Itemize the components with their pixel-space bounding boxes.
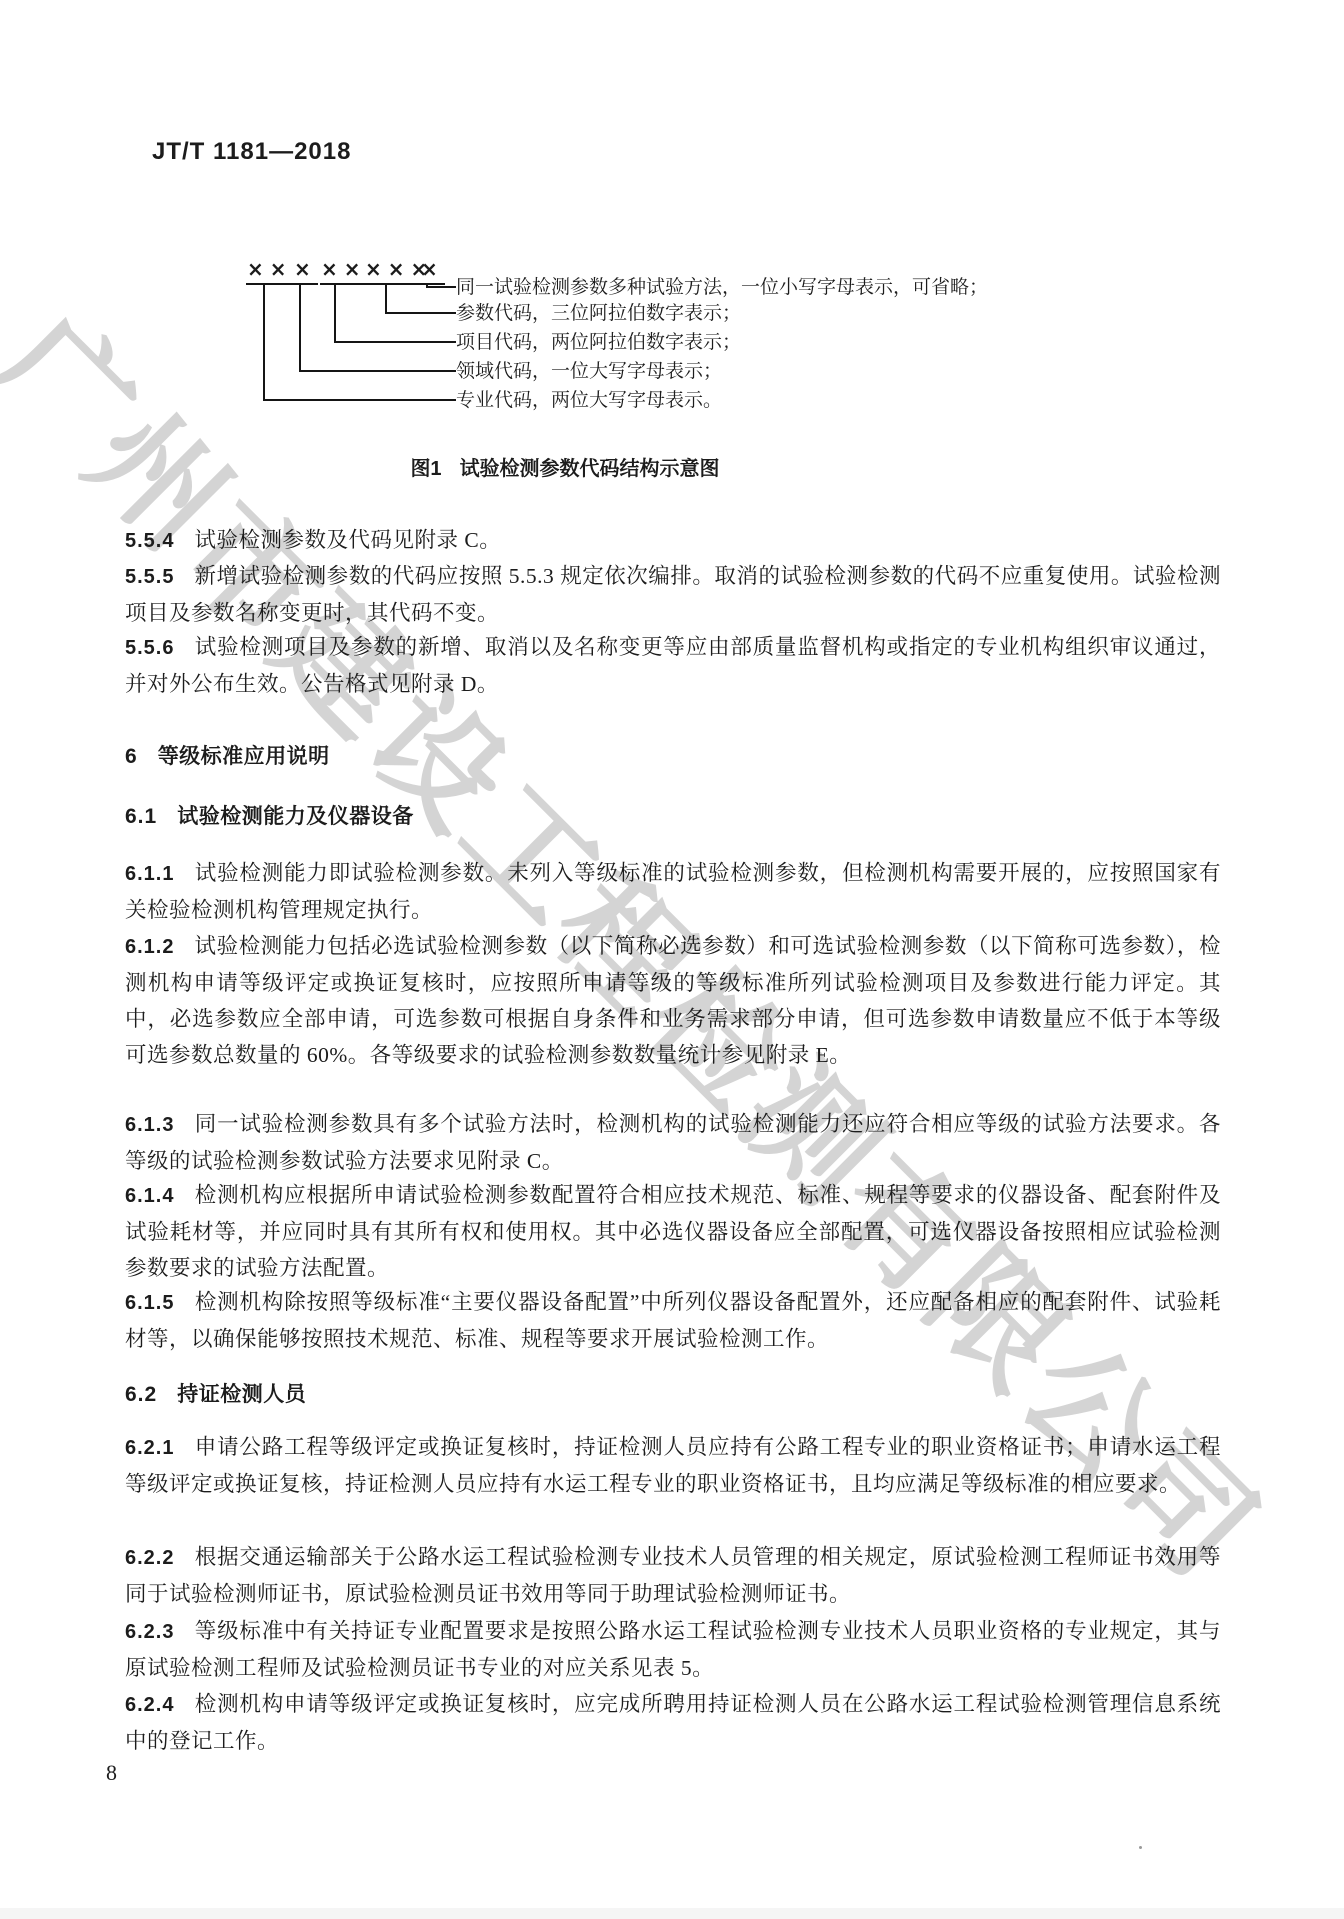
clause-text: 新增试验检测参数的代码应按照 5.5.3 规定依次编排。取消的试验检测参数的代码… [125,564,1221,625]
section-heading-6-2: 6.2持证检测人员 [125,1377,1221,1413]
clause-5-5-4: 5.5.4试验检测参数及代码见附录 C。 [125,522,1221,559]
clause-5-5-5: 5.5.5新增试验检测参数的代码应按照 5.5.3 规定依次编排。取消的试验检测… [125,558,1221,631]
heading-title: 试验检测能力及仪器设备 [177,805,414,828]
clause-text: 试验检测参数及代码见附录 C。 [194,528,501,552]
clause-number: 6.1.1 [125,863,174,885]
clause-text: 试验检测项目及参数的新增、取消以及名称变更等应由部质量监督机构或指定的专业机构组… [125,635,1221,696]
callout-connector-lines [240,280,460,410]
clause-6-2-1: 6.2.1申请公路工程等级评定或换证复核时，持证检测人员应持有公路工程专业的职业… [125,1429,1221,1502]
scan-artifact-dot [1139,1846,1142,1849]
callout-domain-code: 领域代码，一位大写字母表示； [456,361,722,382]
clause-number: 6.2.4 [125,1694,174,1716]
clause-text: 检测机构应根据所申请试验检测参数配置符合相应技术规范、标准、规程等要求的仪器设备… [125,1183,1221,1280]
clause-number: 5.5.6 [125,637,174,659]
clause-text: 检测机构除按照等级标准“主要仪器设备配置”中所列仪器设备配置外，还应配备相应的配… [125,1290,1221,1351]
page-content: JT/T 1181—2018 ×× × ×× ××× × 同一试验检测参数多种试… [0,0,1344,1919]
scanned-standard-page: 广州市建设工程检测有限公司 JT/T 1181—2018 ×× × ×× ×××… [0,0,1344,1919]
clause-6-1-2: 6.1.2试验检测能力包括必选试验检测参数（以下简称必选参数）和可选试验检测参数… [125,928,1221,1073]
clause-text: 检测机构申请等级评定或换证复核时，应完成所聘用持证检测人员在公路水运工程试验检测… [125,1692,1221,1753]
clause-6-1-4: 6.1.4检测机构应根据所申请试验检测参数配置符合相应技术规范、标准、规程等要求… [125,1177,1221,1286]
clause-number: 6.1.2 [125,936,174,958]
clause-number: 5.5.4 [125,530,174,552]
standard-code-header: JT/T 1181—2018 [152,138,351,166]
callout-parameter-code: 参数代码，三位阿拉伯数字表示； [456,303,741,324]
heading-title: 持证检测人员 [177,1383,306,1406]
section-heading-6: 6等级标准应用说明 [125,739,1221,775]
heading-number: 6.1 [125,805,157,828]
heading-number: 6 [125,745,138,768]
callout-method: 同一试验检测参数多种试验方法，一位小写字母表示，可省略； [456,277,988,298]
figure-caption: 图1试验检测参数代码结构示意图 [125,452,1005,481]
clause-5-5-6: 5.5.6试验检测项目及参数的新增、取消以及名称变更等应由部质量监督机构或指定的… [125,629,1221,702]
clause-text: 等级标准中有关持证专业配置要求是按照公路水运工程试验检测专业技术人员职业资格的专… [125,1619,1221,1680]
clause-text: 试验检测能力包括必选试验检测参数（以下简称必选参数）和可选试验检测参数（以下简称… [125,934,1221,1067]
clause-number: 5.5.5 [125,566,174,588]
page-number: 8 [106,1760,117,1786]
figure-caption-title: 试验检测参数代码结构示意图 [460,458,720,480]
clause-number: 6.1.5 [125,1292,174,1314]
clause-number: 6.2.1 [125,1437,174,1459]
clause-number: 6.1.3 [125,1114,174,1136]
clause-number: 6.2.2 [125,1547,174,1569]
clause-text: 同一试验检测参数具有多个试验方法时，检测机构的试验检测能力还应符合相应等级的试验… [125,1112,1221,1173]
clause-6-2-4: 6.2.4检测机构申请等级评定或换证复核时，应完成所聘用持证检测人员在公路水运工… [125,1686,1221,1759]
figure-caption-label: 图1 [410,458,441,480]
clause-number: 6.2.3 [125,1621,174,1643]
clause-text: 试验检测能力即试验检测参数。未列入等级标准的试验检测参数，但检测机构需要开展的，… [125,861,1221,922]
scan-edge-shadow [0,1908,1344,1919]
heading-title: 等级标准应用说明 [158,745,330,768]
clause-text: 申请公路工程等级评定或换证复核时，持证检测人员应持有公路工程专业的职业资格证书；… [125,1435,1221,1496]
callout-specialty-code: 专业代码，两位大写字母表示。 [456,390,722,411]
clause-number: 6.1.4 [125,1185,174,1207]
clause-6-2-3: 6.2.3等级标准中有关持证专业配置要求是按照公路水运工程试验检测专业技术人员职… [125,1613,1221,1686]
callout-project-code: 项目代码，两位阿拉伯数字表示； [456,332,741,353]
clause-6-1-3: 6.1.3同一试验检测参数具有多个试验方法时，检测机构的试验检测能力还应符合相应… [125,1106,1221,1179]
clause-6-2-2: 6.2.2根据交通运输部关于公路水运工程试验检测专业技术人员管理的相关规定，原试… [125,1539,1221,1612]
clause-6-1-5: 6.1.5检测机构除按照等级标准“主要仪器设备配置”中所列仪器设备配置外，还应配… [125,1284,1221,1357]
heading-number: 6.2 [125,1383,157,1406]
clause-text: 根据交通运输部关于公路水运工程试验检测专业技术人员管理的相关规定，原试验检测工程… [125,1545,1221,1606]
section-heading-6-1: 6.1试验检测能力及仪器设备 [125,799,1221,835]
clause-6-1-1: 6.1.1试验检测能力即试验检测参数。未列入等级标准的试验检测参数，但检测机构需… [125,855,1221,928]
